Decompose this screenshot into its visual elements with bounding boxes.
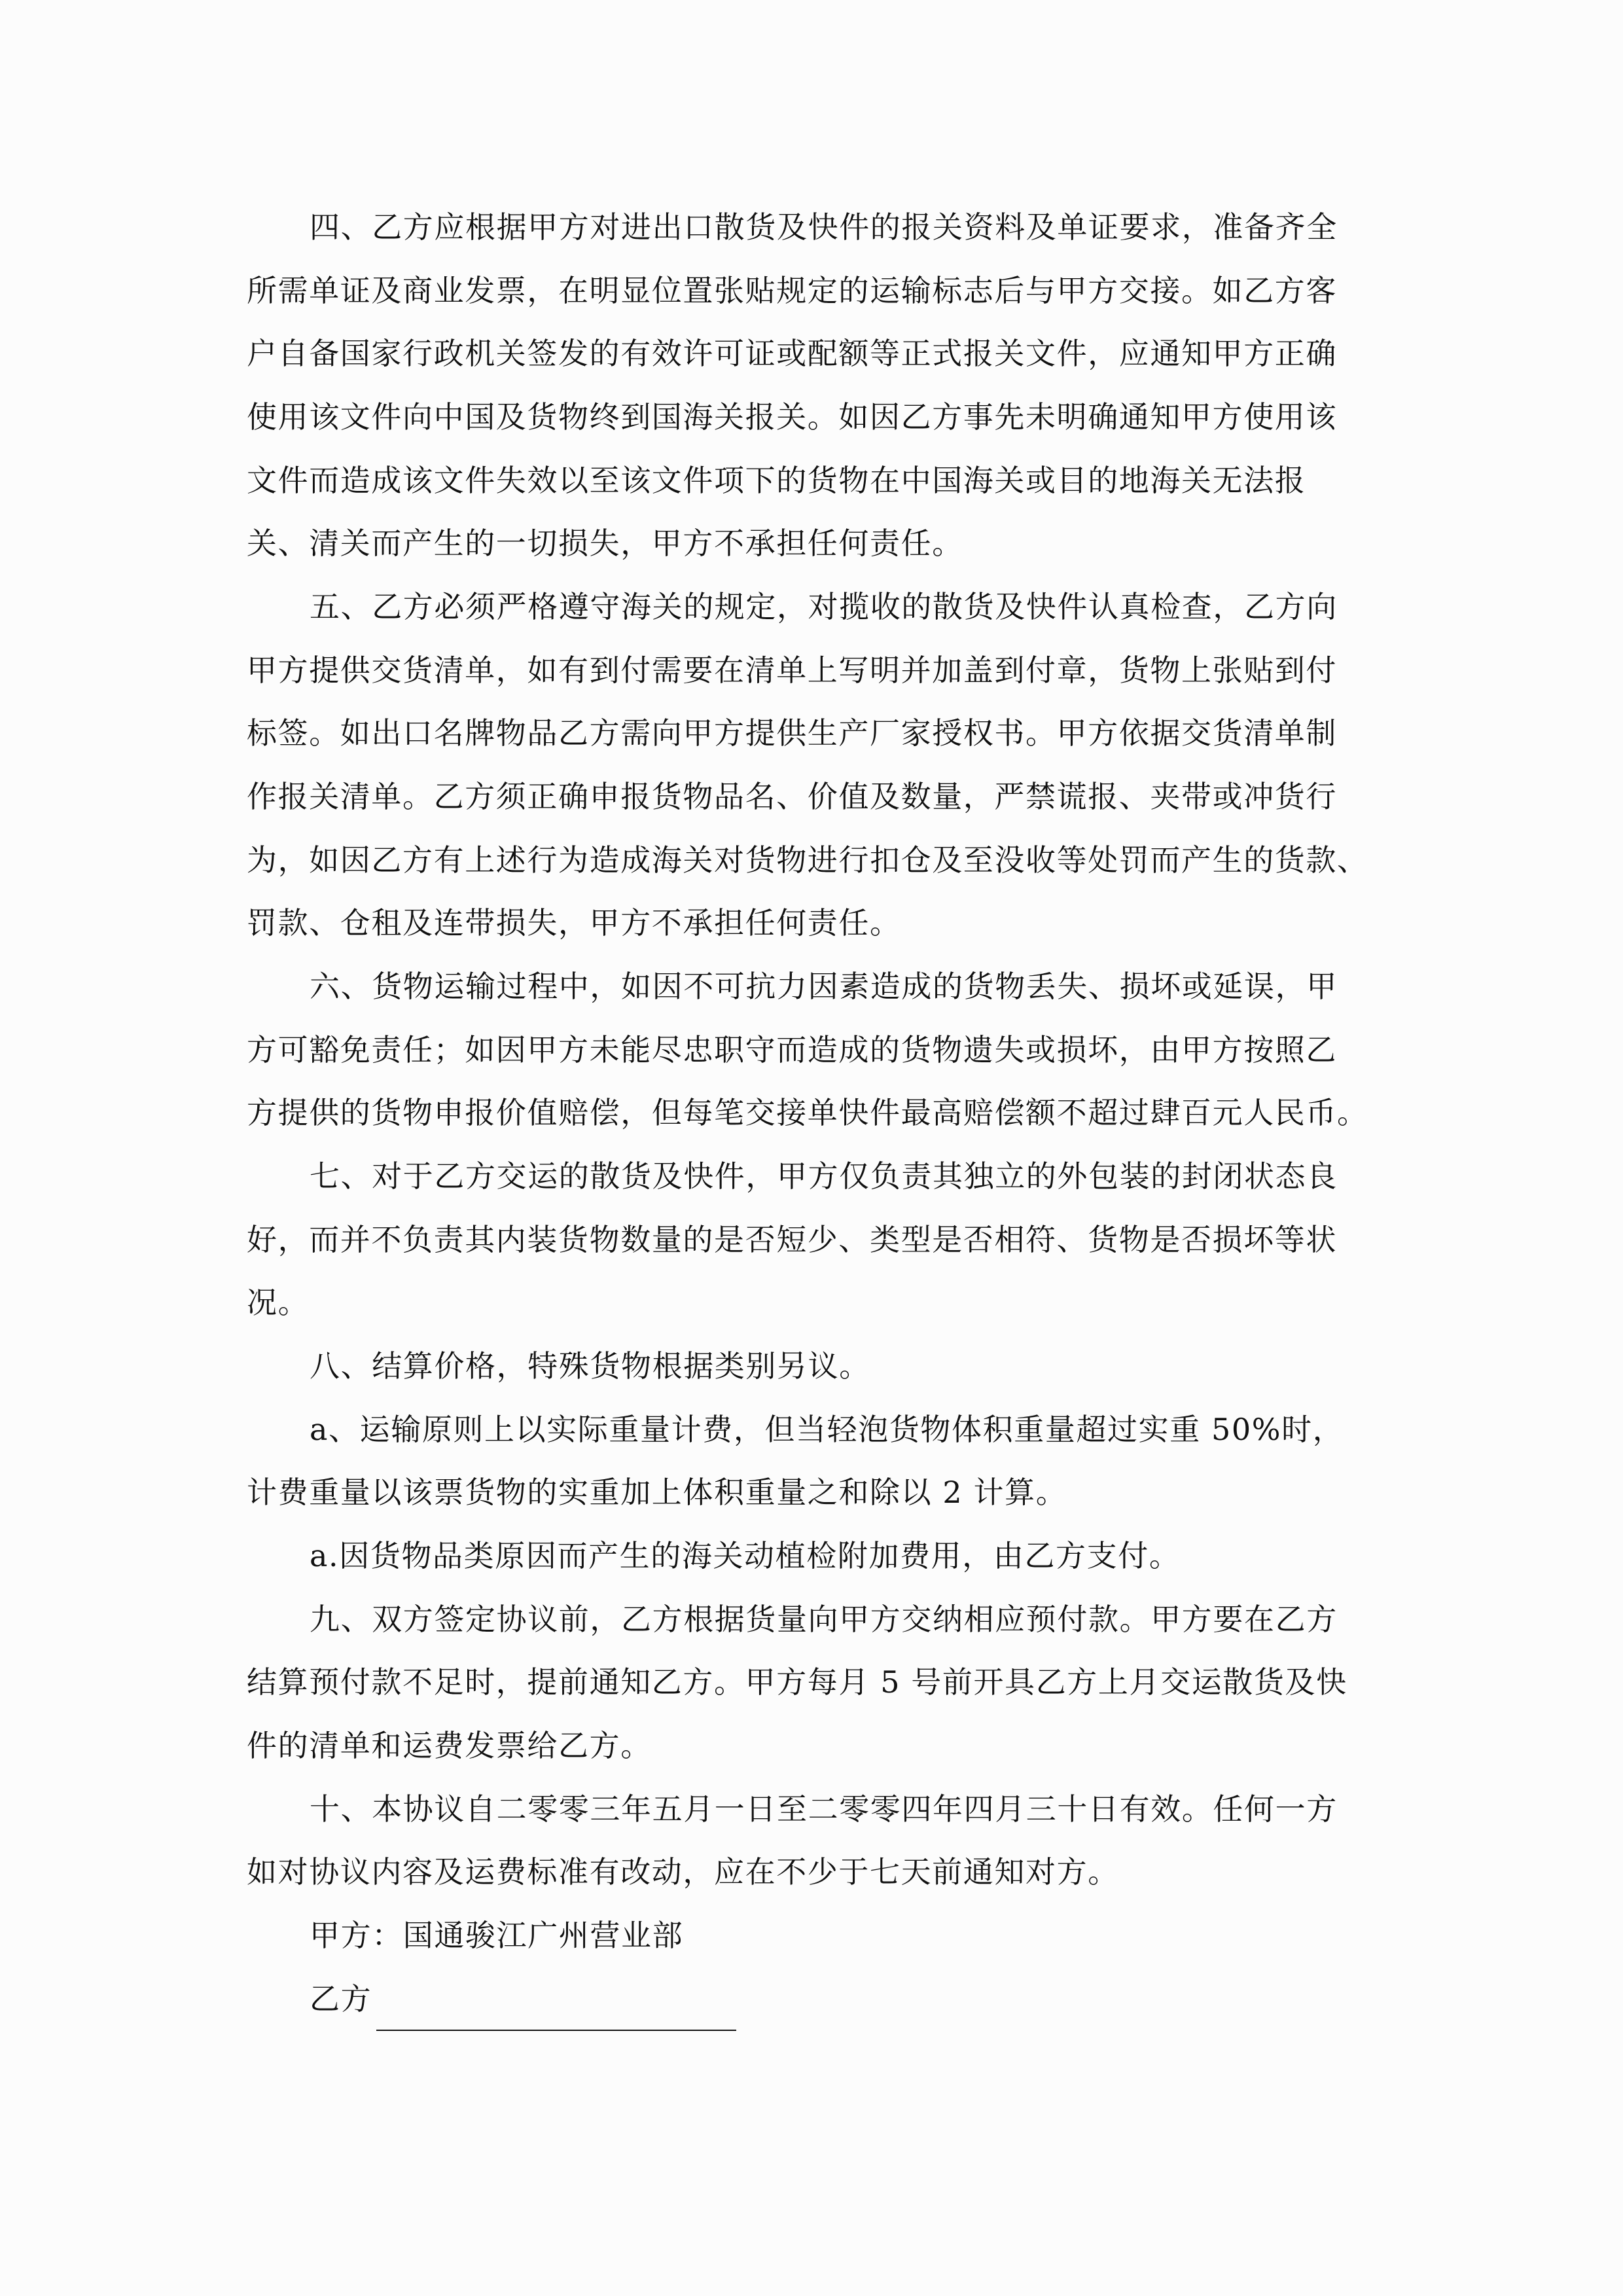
clause-9-line-2: 结算预付款不足时，提前通知乙方。甲方每月 5 号前开具乙方上月交运散货及快 xyxy=(247,1662,1385,1702)
clause-4-line-3: 户自备国家行政机关签发的有效许可证或配额等正式报关文件，应通知甲方正确 xyxy=(247,334,1385,373)
clause-6-line-3: 方提供的货物申报价值赔偿，但每笔交接单快件最高赔偿额不超过肆百元人民币。 xyxy=(247,1093,1385,1132)
clause-5-line-3: 标签。如出口名牌物品乙方需向甲方提供生产厂家授权书。甲方依据交货清单制 xyxy=(247,713,1385,753)
clause-5-line-1: 五、乙方必须严格遵守海关的规定，对揽收的散货及快件认真检查，乙方向 xyxy=(310,587,1385,626)
clause-6-line-2: 方可豁免责任；如因甲方未能尽忠职守而造成的货物遗失或损坏，由甲方按照乙 xyxy=(247,1030,1385,1069)
clause-4-line-4: 使用该文件向中国及货物终到国海关报关。如因乙方事先未明确通知甲方使用该 xyxy=(247,397,1385,437)
clause-7-line-3: 况。 xyxy=(247,1283,1385,1322)
clause-9-line-3: 件的清单和运费发票给乙方。 xyxy=(247,1726,1385,1765)
party-a-signature: 甲方：国通骏江广州营业部 xyxy=(310,1916,1385,1955)
clause-10-line-2: 如对协议内容及运费标准有改动，应在不少于七天前通知对方。 xyxy=(247,1852,1385,1892)
clause-8a-line-1: a、运输原则上以实际重量计费，但当轻泡货物体积重量超过实重 50%时， xyxy=(310,1410,1385,1449)
clause-4-line-1: 四、乙方应根据甲方对进出口散货及快件的报关资料及单证要求，准备齐全 xyxy=(310,207,1385,247)
clause-8-line-1: 八、结算价格，特殊货物根据类别另议。 xyxy=(310,1346,1385,1386)
clause-7-line-2: 好，而并不负责其内装货物数量的是否短少、类型是否相符、货物是否损坏等状 xyxy=(247,1220,1385,1259)
clause-8a-line-2: 计费重量以该票货物的实重加上体积重量之和除以 2 计算。 xyxy=(247,1473,1385,1512)
clause-5-line-6: 罚款、仓租及连带损失，甲方不承担任何责任。 xyxy=(247,903,1385,942)
clause-10-line-1: 十、本协议自二零零三年五月一日至二零零四年四月三十日有效。任何一方 xyxy=(310,1789,1385,1829)
clause-4-line-2: 所需单证及商业发票，在明显位置张贴规定的运输标志后与甲方交接。如乙方客 xyxy=(247,271,1385,310)
clause-4-line-6: 关、清关而产生的一切损失，甲方不承担任何责任。 xyxy=(247,524,1385,563)
document-page: 四、乙方应根据甲方对进出口散货及快件的报关资料及单证要求，准备齐全 所需单证及商… xyxy=(0,0,1623,2296)
clause-5-line-5: 为，如因乙方有上述行为造成海关对货物进行扣仓及至没收等处罚而产生的货款、 xyxy=(247,840,1385,880)
party-b-signature-line xyxy=(376,2030,736,2031)
clause-6-line-1: 六、货物运输过程中，如因不可抗力因素造成的货物丢失、损坏或延误，甲 xyxy=(310,967,1385,1006)
clause-5-line-2: 甲方提供交货清单，如有到付需要在清单上写明并加盖到付章，货物上张贴到付 xyxy=(247,651,1385,690)
clause-5-line-4: 作报关清单。乙方须正确申报货物品名、价值及数量，严禁谎报、夹带或冲货行 xyxy=(247,777,1385,816)
clause-8a2-line-1: a.因货物品类原因而产生的海关动植检附加费用，由乙方支付。 xyxy=(310,1536,1385,1575)
clause-9-line-1: 九、双方签定协议前，乙方根据货量向甲方交纳相应预付款。甲方要在乙方 xyxy=(310,1600,1385,1639)
party-b-label: 乙方 xyxy=(310,1979,382,2018)
clause-7-line-1: 七、对于乙方交运的散货及快件，甲方仅负责其独立的外包装的封闭状态良 xyxy=(310,1157,1385,1196)
clause-4-line-5: 文件而造成该文件失效以至该文件项下的货物在中国海关或目的地海关无法报 xyxy=(247,461,1385,500)
